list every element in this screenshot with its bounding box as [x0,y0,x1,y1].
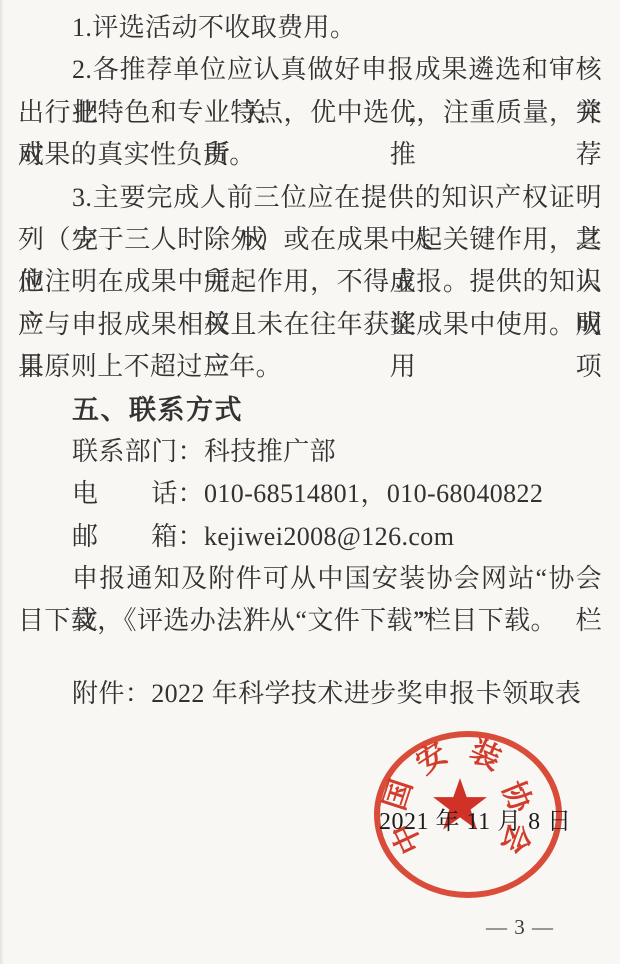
page-number: — 3 — [486,915,554,940]
clause-3-line-2: 列（少于三人时除外）或在成果中起关键作用，其他完成人 [18,219,602,261]
download-note-line-2: 目下载，《评选办法》从“文件下载”栏目下载。 [18,600,602,642]
contact-phone-line: 电 话：010-68514801，010-68040822 [18,473,602,515]
clause-3-line-4: 应与申报成果相关且未在往年获奖成果中使用。成果应用项 [18,304,602,346]
clause-3-line-1: 3.主要完成人前三位应在提供的知识产权证明完成人之 [18,177,602,219]
document-date: 2021 年 11 月 8 日 [379,801,572,836]
document-page: 1.评选活动不收取费用。 2.各推荐单位应认真做好申报成果遴选和审核把关，突 出… [0,0,620,964]
section-heading-contact: 五、联系方式 [18,389,602,431]
document-body: 1.评选活动不收取费用。 2.各推荐单位应认真做好申报成果遴选和审核把关，突 出… [18,7,602,715]
clause-3-line-3: 应注明在成果中所起作用，不得虚报。提供的知识产权证明 [18,261,602,303]
contact-department-line: 联系部门：科技推广部 [18,431,602,473]
clause-2-line-1: 2.各推荐单位应认真做好申报成果遴选和审核把关，突 [18,49,602,91]
contact-email-line: 邮 箱：kejiwei2008@126.com [18,516,602,558]
clause-2-line-2: 出行业特色和专业特点，优中选优，注重质量，并对所推荐 [18,92,602,134]
attachment-line: 附件：2022 年科学技术进步奖申报卡领取表 [18,673,602,715]
download-note-line-1: 申报通知及附件可从中国安装协会网站“协会文件”栏 [18,558,602,600]
clause-1-line: 1.评选活动不收取费用。 [18,7,602,49]
